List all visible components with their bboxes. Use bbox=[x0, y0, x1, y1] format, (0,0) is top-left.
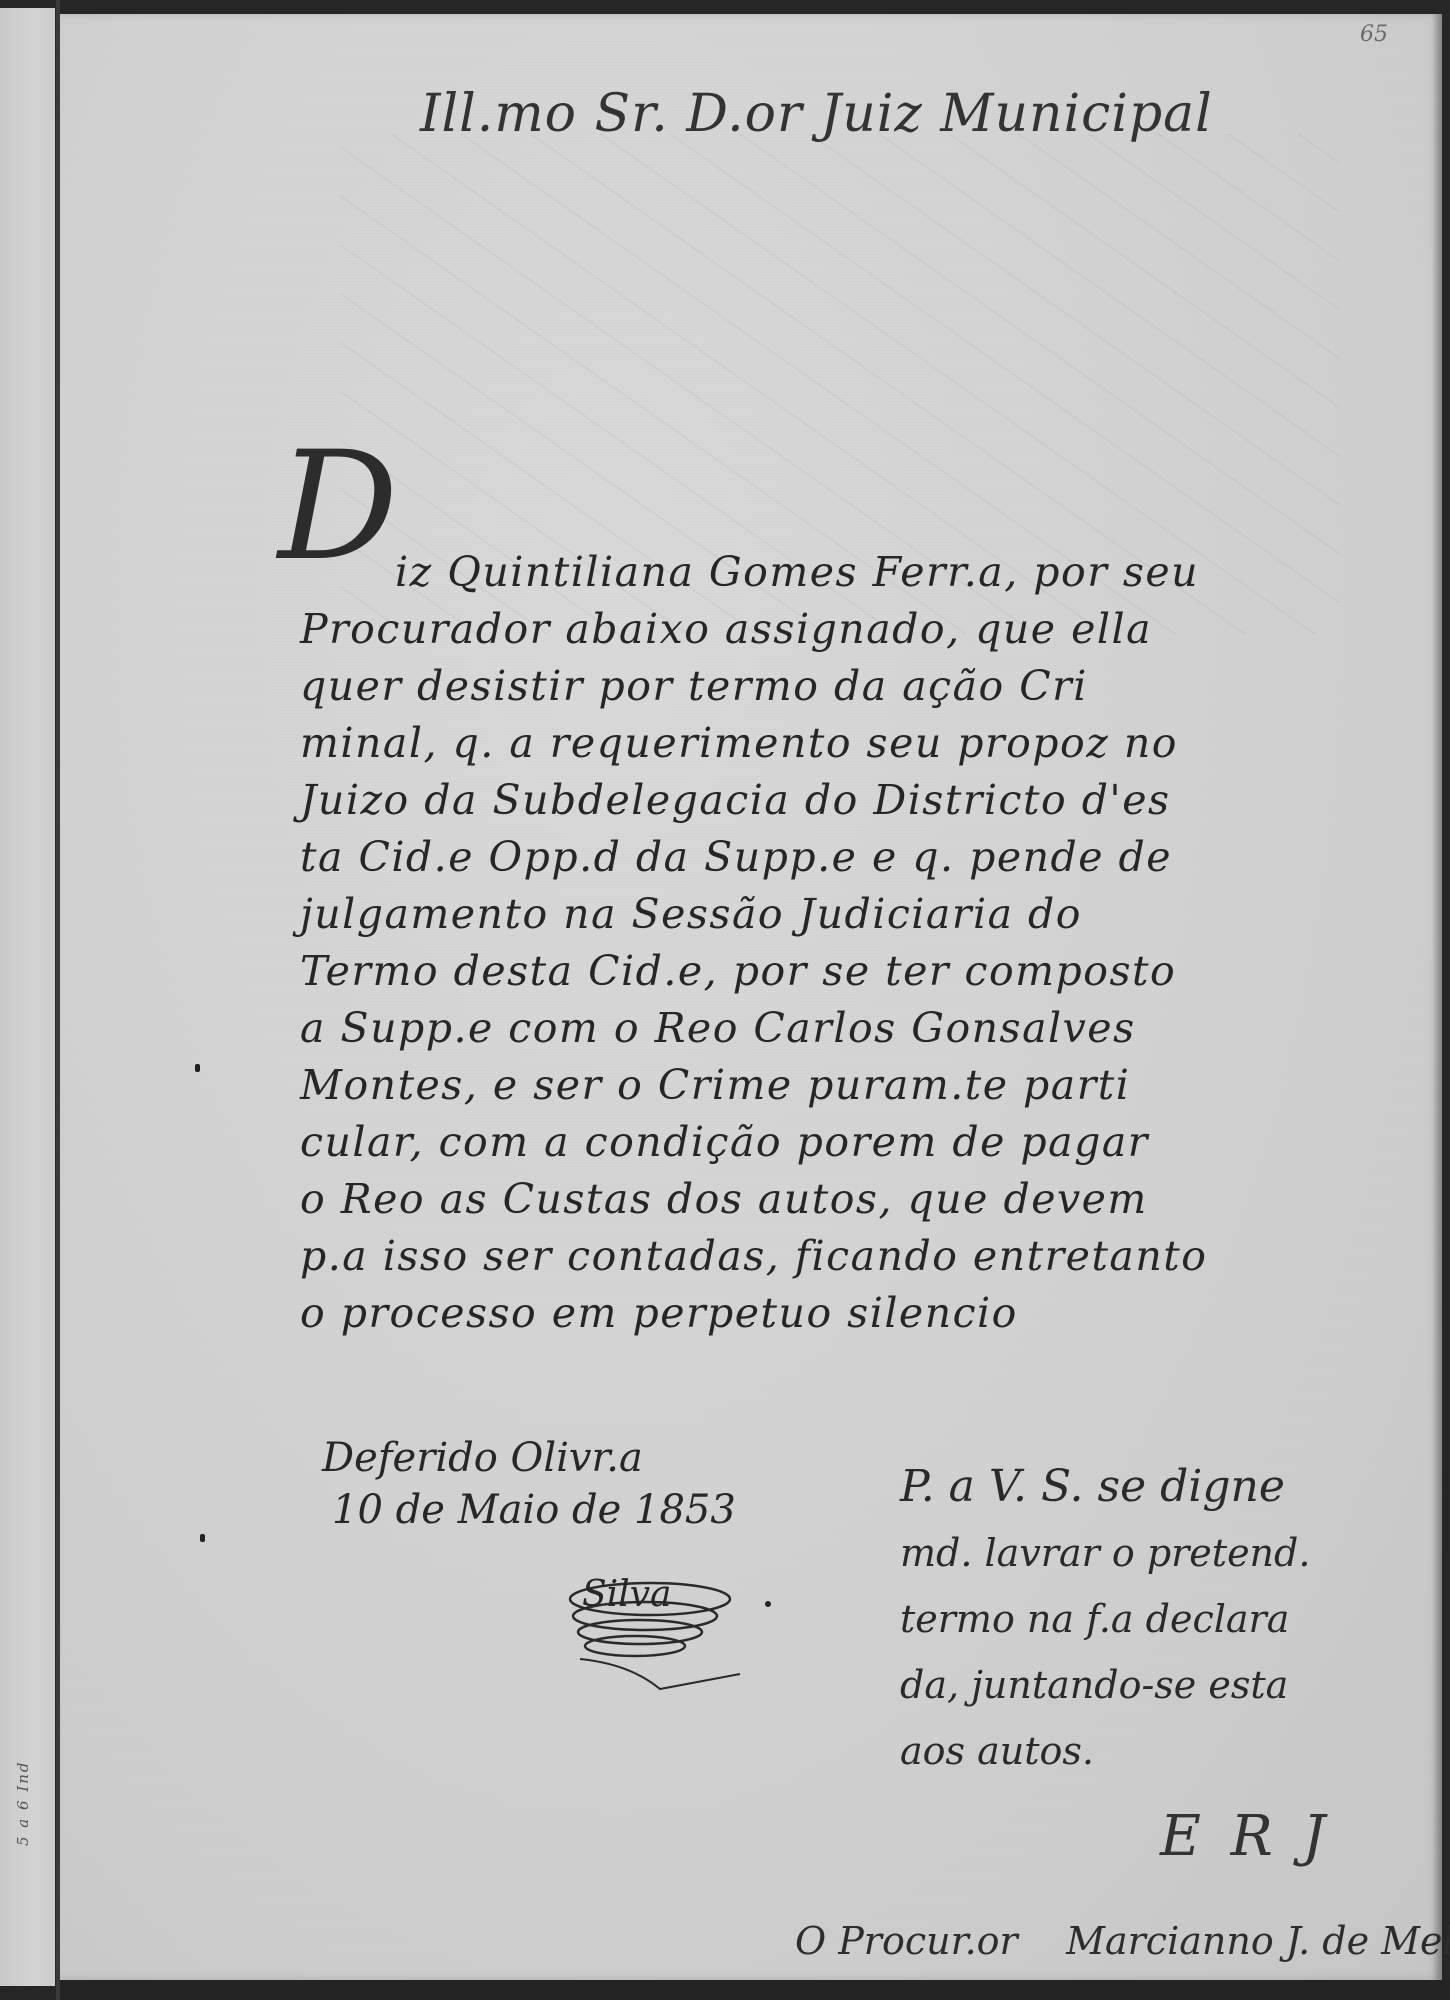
body-line: a Supp.e com o Reo Carlos Gonsalves bbox=[300, 1000, 1430, 1057]
decision-date: 10 de Maio de 1853 bbox=[322, 1484, 736, 1536]
body-line: quer desistir por termo da ação Cri bbox=[300, 658, 1430, 715]
body-line: julgamento na Sessão Judiciaria do bbox=[300, 886, 1430, 943]
manuscript-page: 65 Ill.mo Sr. D.or Juiz Municipal D iz Q… bbox=[60, 14, 1442, 1980]
dispatch-line: md. lavrar o pretend. bbox=[900, 1520, 1310, 1586]
adjacent-page-strip: 5 a 6 Ind bbox=[0, 8, 55, 1986]
body-line: Termo desta Cid.e, por se ter composto bbox=[300, 943, 1430, 1000]
signature-name: Marcianno J. de Mello bbox=[1066, 1919, 1450, 1963]
decision-text: Deferido Olivr.a bbox=[322, 1432, 736, 1484]
dispatch-line: termo na f.a declara bbox=[900, 1586, 1310, 1652]
body-line: cular, com a condição porem de pagar bbox=[300, 1114, 1430, 1171]
petition-body: iz Quintiliana Gomes Ferr.a, por seu Pro… bbox=[300, 544, 1430, 1342]
ink-speck bbox=[200, 1534, 205, 1542]
closing-formula: E R J bbox=[1160, 1804, 1331, 1869]
body-line: p.a isso ser contadas, ficando entretant… bbox=[300, 1228, 1430, 1285]
page-edge-shadow bbox=[1432, 14, 1442, 1980]
salutation-heading: Ill.mo Sr. D.or Juiz Municipal bbox=[420, 84, 1213, 144]
body-line: minal, q. a requerimento seu propoz no bbox=[300, 715, 1430, 772]
procurator-dispatch: P. a V. S. se digne md. lavrar o pretend… bbox=[900, 1454, 1310, 1784]
body-line: Procurador abaixo assignado, que ella bbox=[300, 601, 1430, 658]
ink-speck bbox=[195, 1064, 200, 1072]
dispatch-line: P. a V. S. se digne bbox=[900, 1454, 1310, 1520]
signature-label: O Procur.or bbox=[795, 1919, 1018, 1963]
body-line: Montes, e ser o Crime puram.te parti bbox=[300, 1057, 1430, 1114]
scan-bottom-border bbox=[60, 1980, 1450, 2000]
body-line: ta Cid.e Opp.d da Supp.e e q. pende de bbox=[300, 829, 1430, 886]
scanned-document: 5 a 6 Ind 65 Ill.mo Sr. D.or Juiz Munici… bbox=[0, 0, 1450, 2000]
adjacent-page-margin-note: 5 a 6 Ind bbox=[14, 1736, 54, 1846]
judge-rubric-signature: Silva bbox=[540, 1564, 780, 1694]
dispatch-line: da, juntando-se esta bbox=[900, 1652, 1310, 1718]
dispatch-line: aos autos. bbox=[900, 1718, 1310, 1784]
procurator-signature: O Procur.or Marcianno J. de Mello bbox=[795, 1919, 1450, 1963]
rubric-name: Silva bbox=[582, 1574, 672, 1615]
judge-decision: Deferido Olivr.a 10 de Maio de 1853 bbox=[322, 1432, 736, 1536]
body-line: Juizo da Subdelegacia do Districto d'es bbox=[300, 772, 1430, 829]
body-line: o processo em perpetuo silencio bbox=[300, 1285, 1430, 1342]
body-line: o Reo as Custas dos autos, que devem bbox=[300, 1171, 1430, 1228]
page-number: 65 bbox=[1360, 22, 1388, 47]
body-line: iz Quintiliana Gomes Ferr.a, por seu bbox=[300, 544, 1430, 601]
